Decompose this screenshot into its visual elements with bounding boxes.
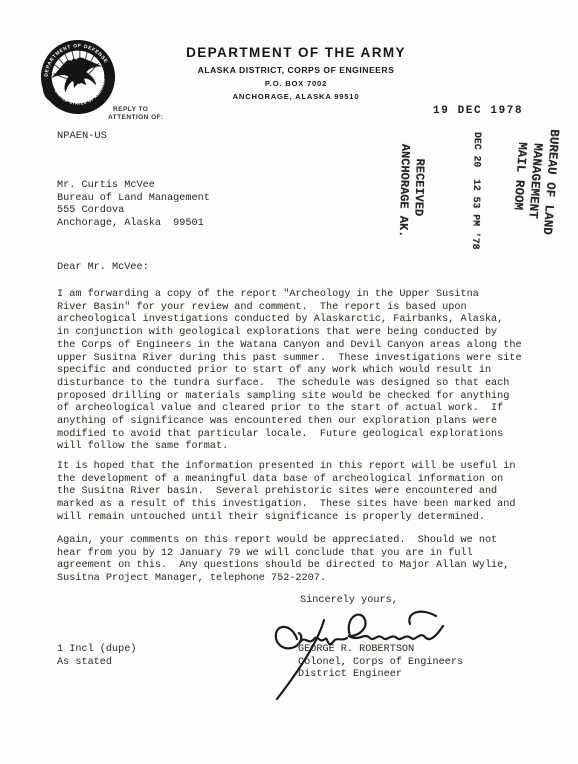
received-datetime-stamp: DEC 20 12 53 PM '78 xyxy=(469,132,484,250)
body-paragraph-2: It is hoped that the information present… xyxy=(57,461,516,525)
enclosure-note: 1 Incl (dupe) As stated xyxy=(57,644,136,669)
reply-to-line2: ATTENTION OF: xyxy=(108,114,164,122)
reply-to-block: REPLY TO ATTENTION OF: xyxy=(108,106,164,121)
handwritten-signature xyxy=(264,605,456,703)
reply-to-line1: REPLY TO xyxy=(108,106,164,114)
agency-name: DEPARTMENT OF THE ARMY xyxy=(150,45,442,60)
salutation: Dear Mr. McVee: xyxy=(57,262,149,275)
body-paragraph-3: Again, your comments on this report woul… xyxy=(57,535,509,586)
bureau-mailroom-stamp: BUREAU OF LAND MANAGEMENT MAIL ROOM xyxy=(507,127,561,236)
office-symbol: NPAEN-US xyxy=(57,130,107,142)
recipient-address: Mr. Curtis McVee Bureau of Land Manageme… xyxy=(57,180,210,231)
letterhead-city: ANCHORAGE, ALASKA 99510 xyxy=(150,92,442,101)
date-stamp: 19 DEC 1978 xyxy=(433,105,523,117)
body-paragraph-1: I am forwarding a copy of the report "Ar… xyxy=(57,289,522,454)
letterhead: DEPARTMENT OF THE ARMY ALASKA DISTRICT, … xyxy=(150,45,442,101)
scanned-letter-page: DEPARTMENT OF DEFENSE UNITED STATES OF A… xyxy=(0,0,578,764)
po-box: P.O. BOX 7002 xyxy=(150,79,442,88)
district-name: ALASKA DISTRICT, CORPS OF ENGINEERS xyxy=(150,65,442,75)
received-stamp: RECEIVED ANCHORAGE AK. xyxy=(395,144,427,238)
